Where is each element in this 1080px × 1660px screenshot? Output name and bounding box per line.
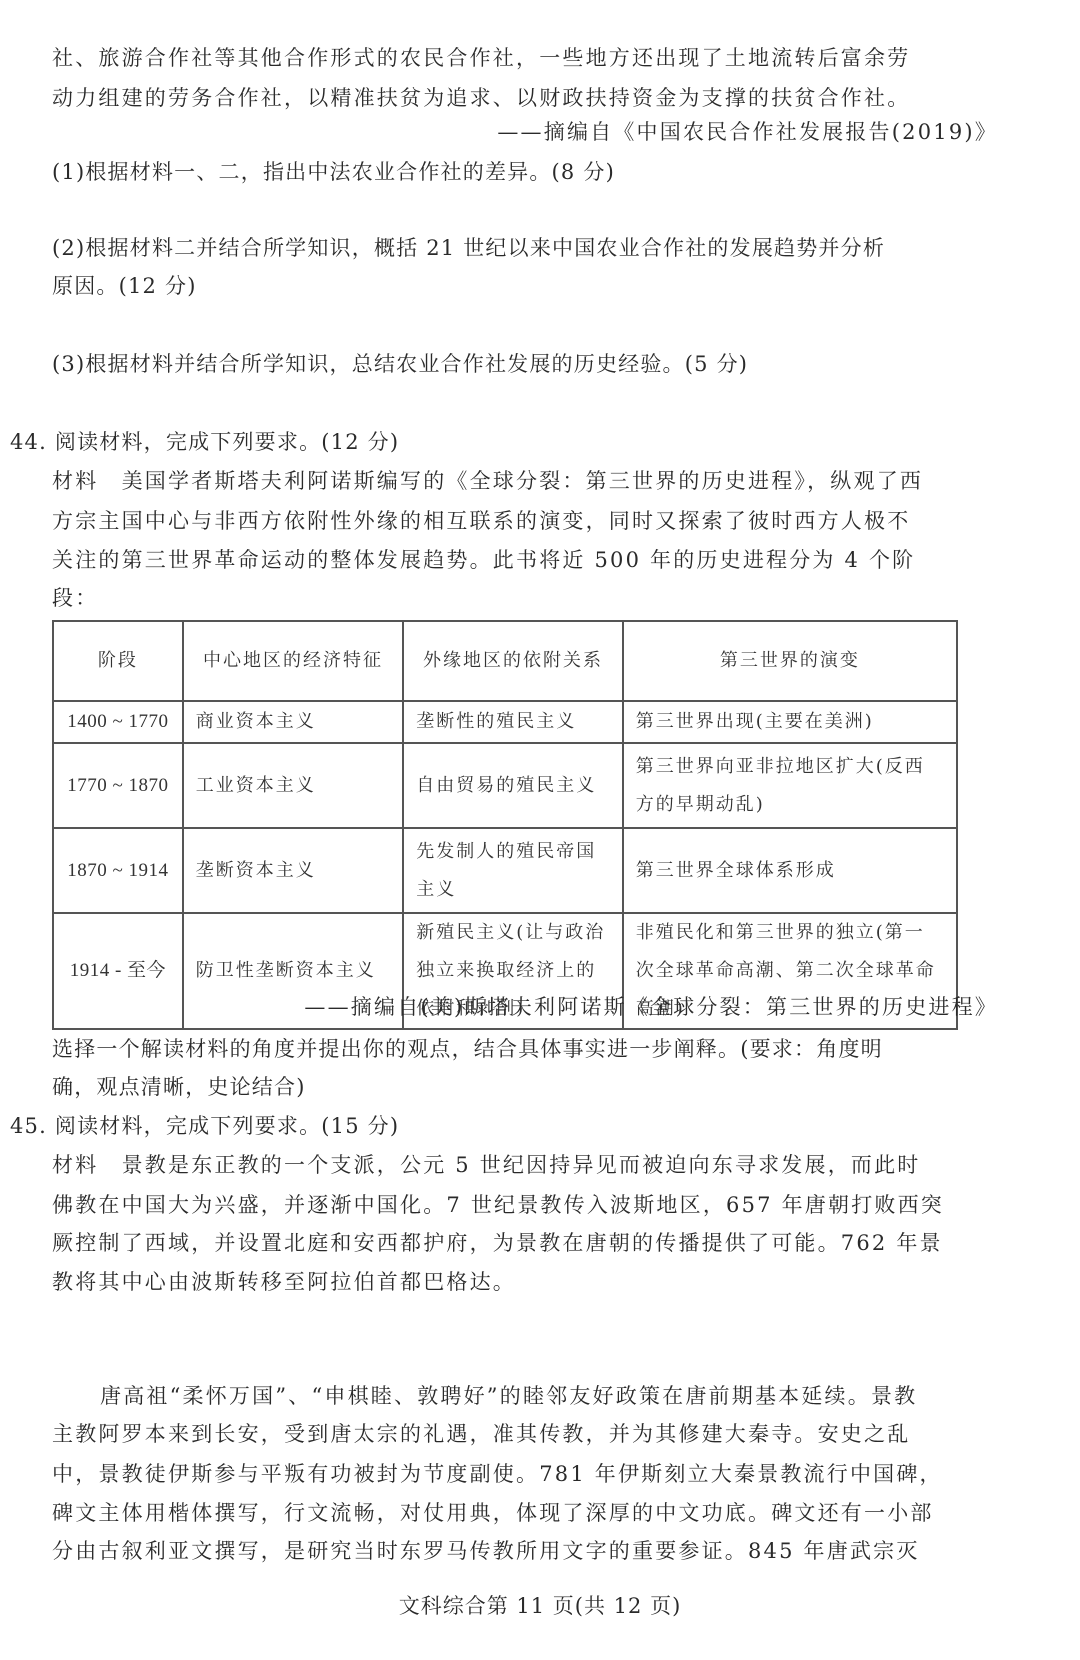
table-row: 1400 ~ 1770 商业资本主义 垄断性的殖民主义 第三世界出现(主要在美洲…	[53, 701, 957, 743]
table-cell: 自由贸易的殖民主义	[403, 743, 623, 828]
q44-task-line: 确，观点清晰，史论结合)	[52, 1073, 306, 1101]
material-text-line: 社、旅游合作社等其他合作形式的农民合作社，一些地方还出现了土地流转后富余劳	[52, 44, 910, 72]
table-header-cell: 第三世界的演变	[623, 621, 957, 701]
subquestion-1: (1)根据材料一、二，指出中法农业合作社的差异。(8 分)	[52, 158, 615, 186]
question-45-heading: 45. 阅读材料，完成下列要求。(15 分)	[10, 1112, 399, 1140]
material-text-line: 动力组建的劳务合作社，以精准扶贫为追求、以财政扶持资金为支撑的扶贫合作社。	[52, 84, 910, 112]
table-cell: 第三世界全球体系形成	[623, 828, 957, 913]
table-header-cell: 阶段	[53, 621, 183, 701]
q45-material-line: 厥控制了西域，并设置北庭和安西都护府，为景教在唐朝的传播提供了可能。762 年景	[52, 1229, 943, 1257]
q44-task-line: 选择一个解读材料的角度并提出你的观点，结合具体事实进一步阐释。(要求：角度明	[52, 1035, 883, 1063]
q45-material-line: 教将其中心由波斯转移至阿拉伯首都巴格达。	[52, 1268, 516, 1296]
history-stages-table: 阶段 中心地区的经济特征 外缘地区的依附关系 第三世界的演变 1400 ~ 17…	[52, 620, 958, 1030]
subquestion-2-line2: 原因。(12 分)	[52, 272, 197, 300]
table-row: 1870 ~ 1914 垄断资本主义 先发制人的殖民帝国主义 第三世界全球体系形…	[53, 828, 957, 913]
table-cell: 工业资本主义	[183, 743, 403, 828]
table-cell: 垄断性的殖民主义	[403, 701, 623, 743]
page-footer: 文科综合第 11 页(共 12 页)	[0, 1590, 1080, 1620]
table-row: 1770 ~ 1870 工业资本主义 自由贸易的殖民主义 第三世界向亚非拉地区扩…	[53, 743, 957, 828]
q45-material-line: 材料 景教是东正教的一个支派，公元 5 世纪因持异见而被迫向东寻求发展，而此时	[52, 1151, 921, 1179]
table-cell-period: 1914 - 至今	[53, 913, 183, 1029]
table-cell: 垄断资本主义	[183, 828, 403, 913]
q45-material-line: 碑文主体用楷体撰写，行文流畅，对仗用典，体现了深厚的中文功底。碑文还有一小部	[52, 1499, 934, 1527]
q44-material-line: 材料 美国学者斯塔夫利阿诺斯编写的《全球分裂：第三世界的历史进程》，纵观了西	[52, 467, 923, 495]
table-cell-period: 1870 ~ 1914	[53, 828, 183, 913]
q44-material-line: 段：	[52, 584, 98, 612]
table-header-row: 阶段 中心地区的经济特征 外缘地区的依附关系 第三世界的演变	[53, 621, 957, 701]
table-cell: 第三世界向亚非拉地区扩大(反西方的早期动乱)	[623, 743, 957, 828]
q44-source: ——摘编自(美)斯塔夫利阿诺斯《全球分裂：第三世界的历史进程》	[304, 993, 998, 1021]
q45-material-line: 分由古叙利亚文撰写，是研究当时东罗马传教所用文字的重要参证。845 年唐武宗灭	[52, 1537, 920, 1565]
table-header-cell: 中心地区的经济特征	[183, 621, 403, 701]
table-cell-period: 1770 ~ 1870	[53, 743, 183, 828]
q45-material-line: 佛教在中国大为兴盛，并逐渐中国化。7 世纪景教传入波斯地区，657 年唐朝打败西…	[52, 1191, 944, 1219]
table-header-cell: 外缘地区的依附关系	[403, 621, 623, 701]
table-cell: 第三世界出现(主要在美洲)	[623, 701, 957, 743]
table-cell: 先发制人的殖民帝国主义	[403, 828, 623, 913]
q44-material-line: 方宗主国中心与非西方依附性外缘的相互联系的演变，同时又探索了彼时西方人极不	[52, 507, 910, 535]
table-cell: 商业资本主义	[183, 701, 403, 743]
q45-material-line: 主教阿罗本来到长安，受到唐太宗的礼遇，准其传教，并为其修建大秦寺。安史之乱	[52, 1420, 910, 1448]
q45-material-line: 唐高祖“柔怀万国”、“申棋睦、敦聘好”的睦邻友好政策在唐前期基本延续。景教	[100, 1382, 917, 1410]
subquestion-2-line1: (2)根据材料二并结合所学知识，概括 21 世纪以来中国农业合作社的发展趋势并分…	[52, 234, 885, 262]
material-source: ——摘编自《中国农民合作社发展报告(2019)》	[497, 118, 998, 146]
table-cell-period: 1400 ~ 1770	[53, 701, 183, 743]
subquestion-3: (3)根据材料并结合所学知识，总结农业合作社发展的历史经验。(5 分)	[52, 350, 748, 378]
question-44-heading: 44. 阅读材料，完成下列要求。(12 分)	[10, 428, 399, 456]
q45-material-line: 中，景教徒伊斯参与平叛有功被封为节度副使。781 年伊斯刻立大秦景教流行中国碑，	[52, 1460, 943, 1488]
q44-material-line: 关注的第三世界革命运动的整体发展趋势。此书将近 500 年的历史进程分为 4 个…	[52, 546, 915, 574]
